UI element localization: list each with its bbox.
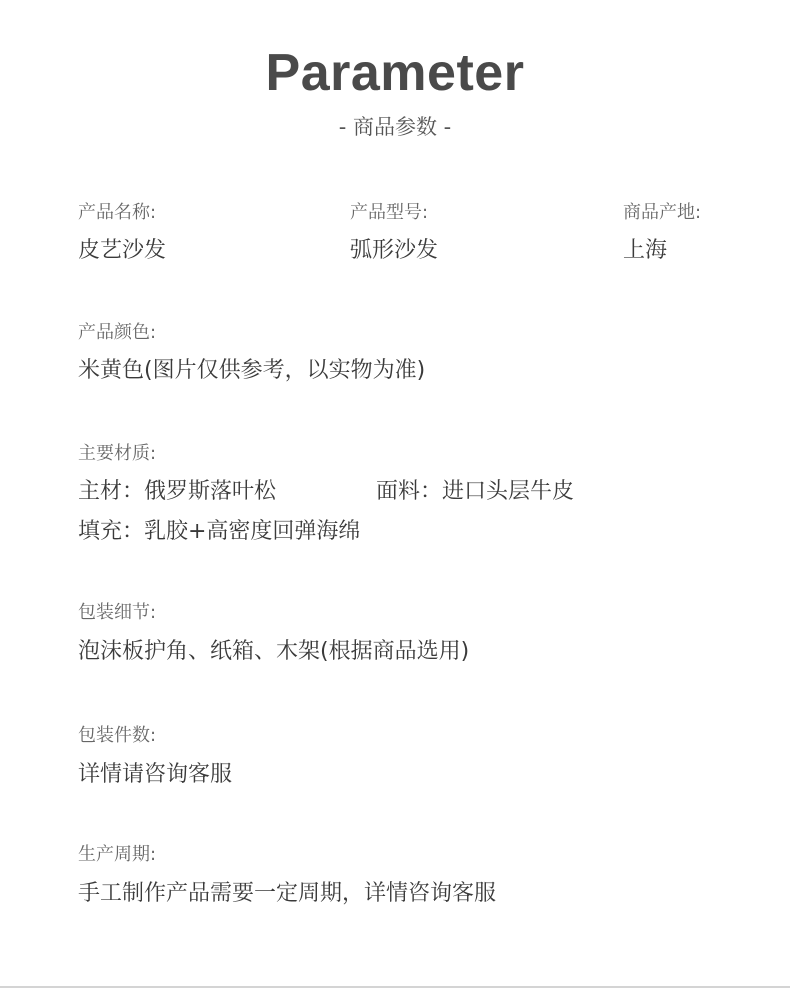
material-main-value: 主材：俄罗斯落叶松	[78, 477, 276, 507]
package-count-value: 详情请咨询客服	[78, 760, 232, 790]
package-count-label: 包装件数:	[78, 724, 156, 748]
material-fabric-value: 面料：进口头层牛皮	[376, 477, 574, 507]
product-color-value: 米黄色(图片仅供参考，以实物为准)	[78, 356, 425, 386]
material-filling-value: 填充：乳胶+高密度回弹海绵	[78, 517, 360, 547]
product-color-label: 产品颜色:	[78, 321, 156, 345]
packaging-label: 包装细节:	[78, 601, 156, 625]
product-model-value: 弧形沙发	[350, 236, 438, 266]
page-subtitle: - 商品参数 -	[0, 113, 790, 141]
material-label: 主要材质:	[78, 442, 156, 466]
packaging-value: 泡沫板护角、纸箱、木架(根据商品选用)	[78, 637, 469, 667]
product-origin-label: 商品产地:	[623, 201, 701, 225]
page-title: Parameter	[0, 40, 790, 106]
product-name-label: 产品名称:	[78, 201, 156, 225]
production-cycle-label: 生产周期:	[78, 843, 156, 867]
production-cycle-value: 手工制作产品需要一定周期，详情咨询客服	[78, 879, 496, 909]
product-model-label: 产品型号:	[350, 201, 428, 225]
product-origin-value: 上海	[623, 236, 667, 266]
product-name-value: 皮艺沙发	[78, 236, 166, 266]
